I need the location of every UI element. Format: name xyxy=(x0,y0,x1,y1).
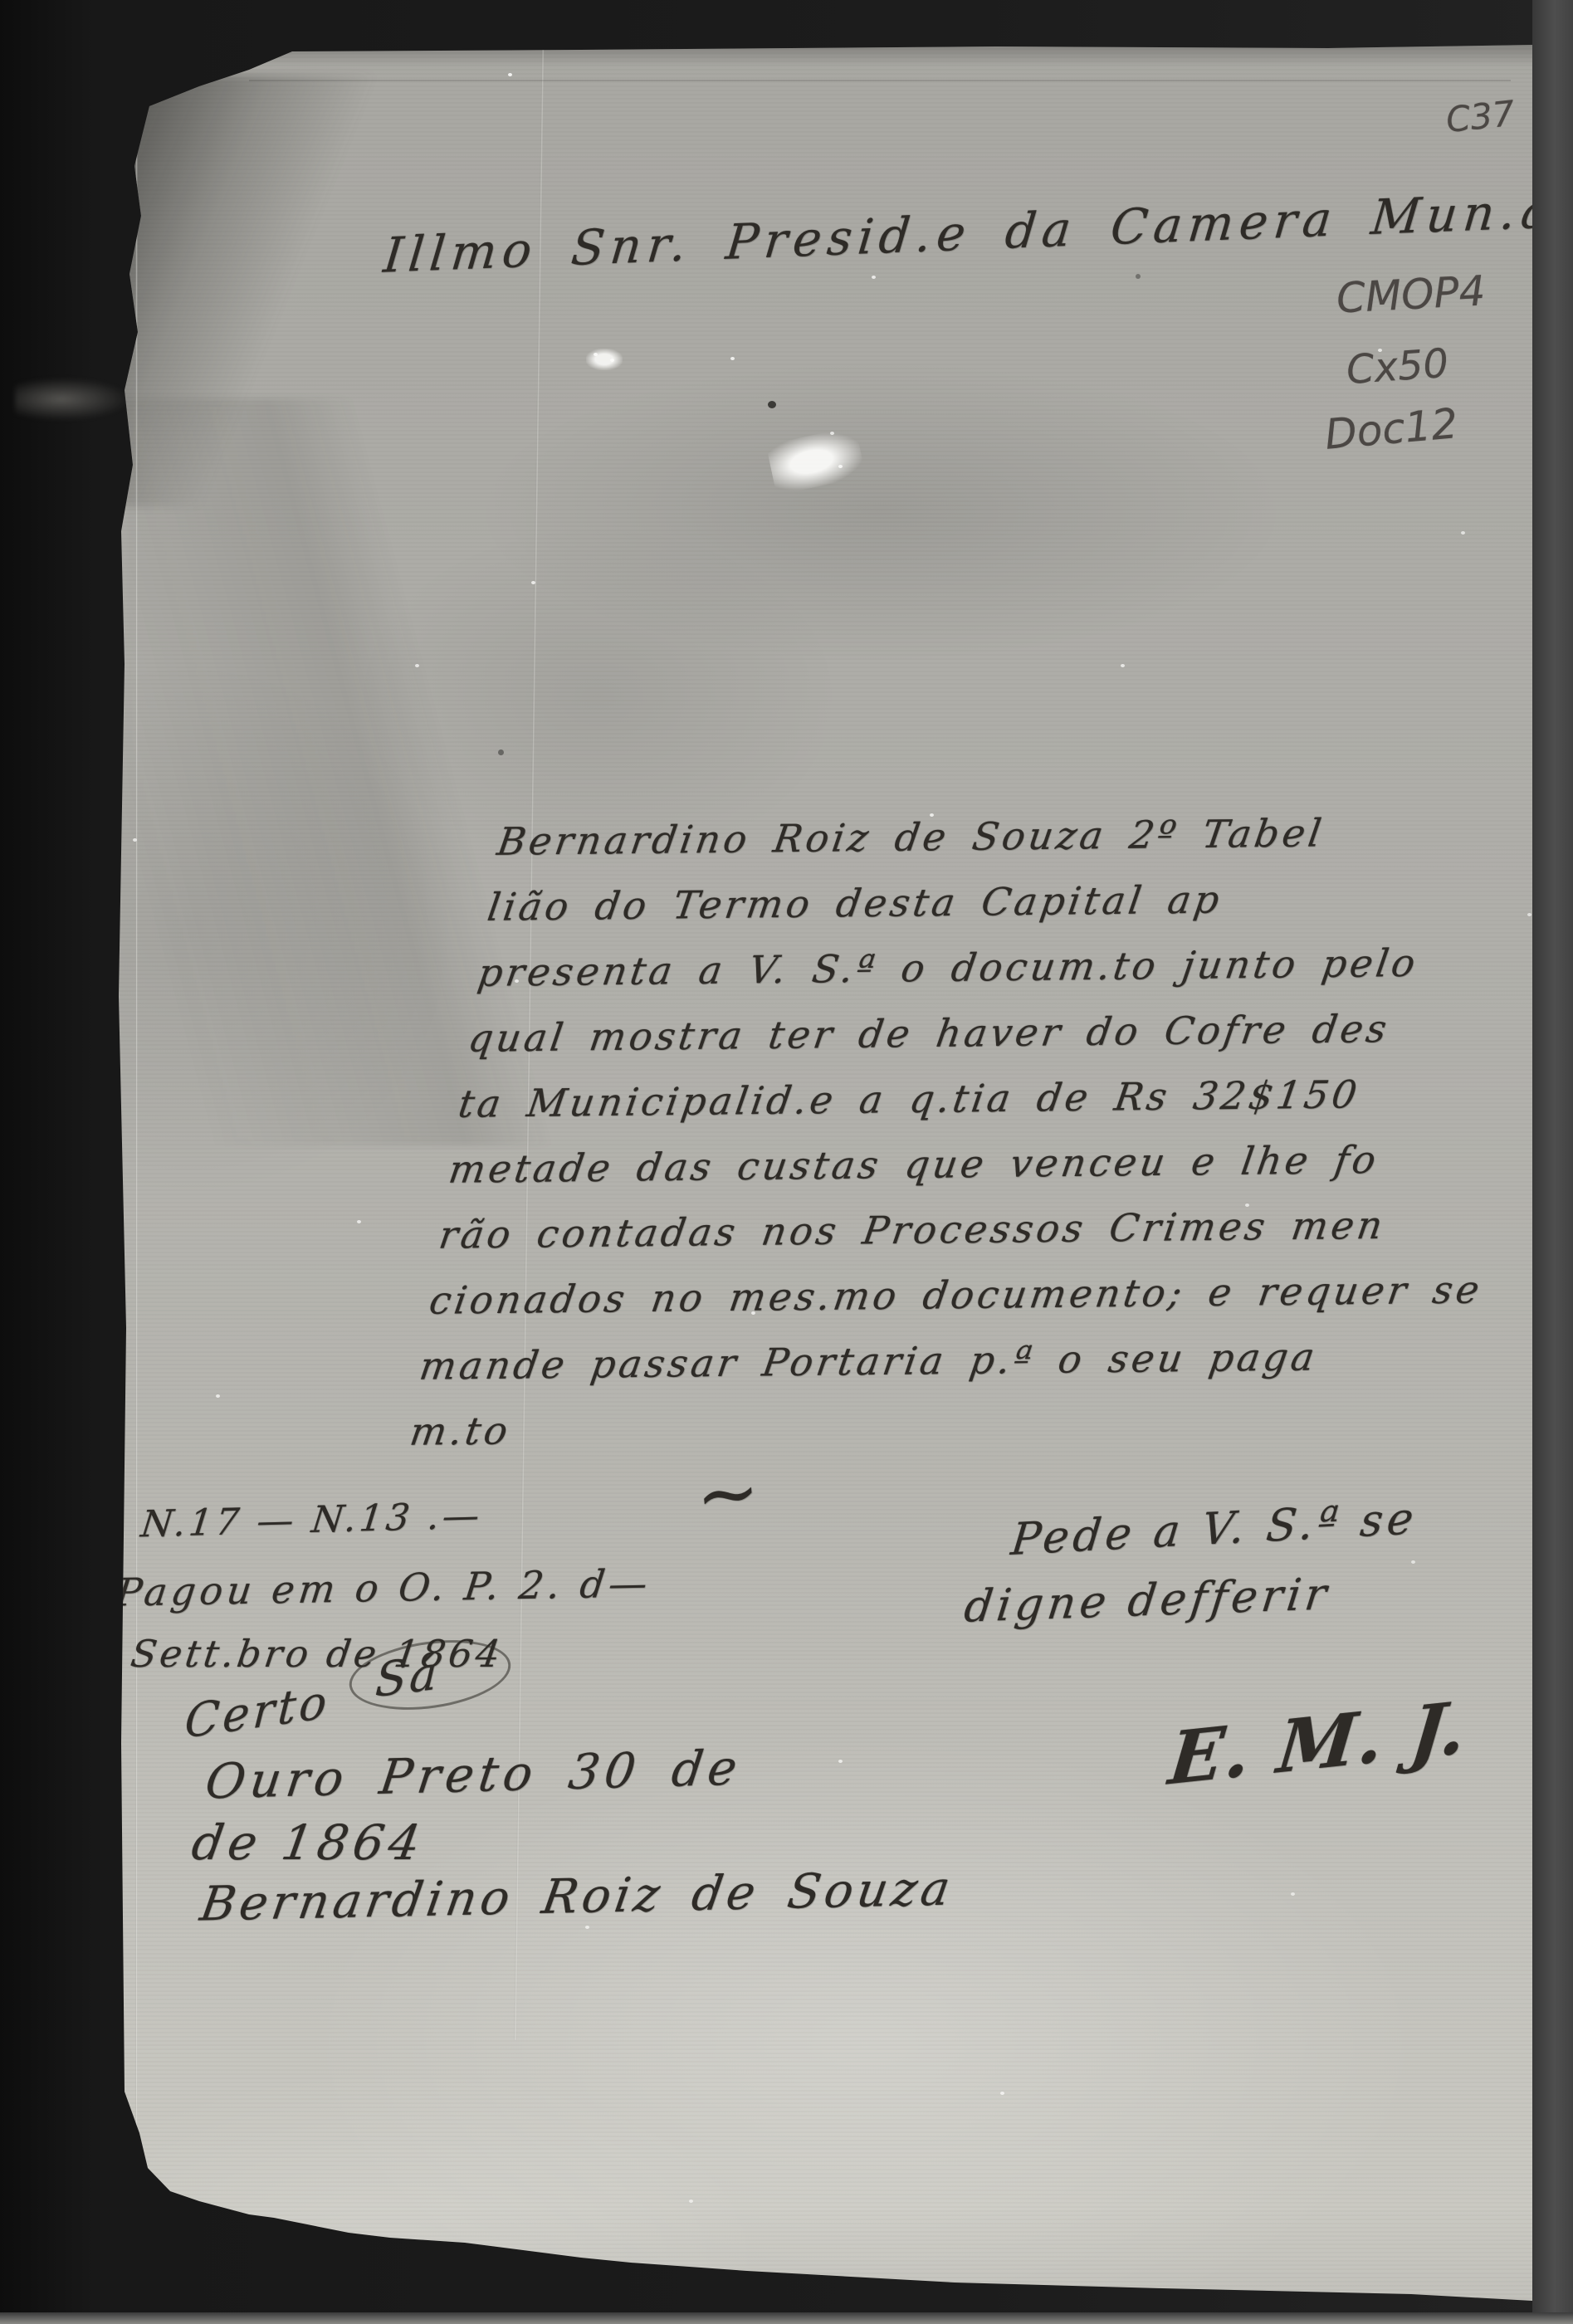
border-scratch xyxy=(15,378,131,421)
body-line: rão contadas nos Processos Crimes men xyxy=(435,1191,1526,1268)
ink-speck xyxy=(1136,274,1141,279)
body-line: presenta a V. S.ª o docum.to junto pelo xyxy=(473,929,1564,1006)
initials-rubric: E. M. J. xyxy=(1165,1685,1472,1801)
document-scan: C37 CMOP4 Cx50 Doc12 Illmo Snr. Presid.e… xyxy=(0,0,1573,2324)
ink-speck xyxy=(768,401,776,408)
paper-flecks xyxy=(508,73,512,76)
archival-box-code: Cx50 xyxy=(1345,340,1450,393)
body-line: lião do Termo desta Capital ap xyxy=(483,863,1573,940)
body-line: metade das custas que venceu e lhe fo xyxy=(444,1125,1535,1203)
white-blotch-small xyxy=(586,349,623,370)
body-line: m.to xyxy=(406,1388,1497,1465)
body-line: Bernardino Roiz de Souza 2º Tabel xyxy=(493,798,1573,875)
margin-note-numbers: N.17 — N.13 .— xyxy=(139,1495,485,1546)
white-blotch-large xyxy=(766,426,866,496)
archival-doc-code: Doc12 xyxy=(1323,399,1460,459)
paper-top-shadow xyxy=(116,33,1536,75)
body-line: mande passar Portaria p.ª o seu paga xyxy=(415,1322,1506,1399)
petition-body: Bernardino Roiz de Souza 2º Tabel lião d… xyxy=(406,798,1573,1465)
dateline-year: de 1864 xyxy=(188,1814,429,1871)
header-salutation: Illmo Snr. Presid.e da Camera Mun.al xyxy=(381,181,1573,284)
ink-speck xyxy=(498,749,504,755)
body-line: qual mostra ter de haver do Cofre des xyxy=(464,994,1555,1072)
paper-sheet: C37 CMOP4 Cx50 Doc12 Illmo Snr. Presid.e… xyxy=(0,0,1573,2324)
body-line: cionados no mes.mo documento; e requer s… xyxy=(425,1257,1516,1334)
clerk-rubric: Sá xyxy=(374,1646,442,1708)
film-edge-right xyxy=(1532,0,1573,2324)
signature: Bernardino Roiz de Souza xyxy=(197,1861,958,1931)
archival-corner-code: C37 xyxy=(1444,93,1517,140)
archival-fund-code: CMOP4 xyxy=(1336,266,1487,322)
fold-crease-left xyxy=(135,58,138,2249)
scanner-edge-bottom xyxy=(0,2312,1573,2324)
petition-close-line2: digne defferir xyxy=(961,1569,1333,1633)
dateline-place: Ouro Preto 30 de xyxy=(203,1739,745,1809)
body-line: ta Municipalid.e a q.tia de Rs 32$150 xyxy=(454,1060,1545,1137)
flourish-mark: ~ xyxy=(691,1446,765,1540)
margin-note-payment: Pagou em o O. P. 2. d— xyxy=(114,1560,654,1614)
top-hairline xyxy=(249,80,1511,81)
petition-close-line1: Pede a V. S.ª se xyxy=(1009,1493,1420,1565)
check-mark-word: Certo xyxy=(183,1674,332,1749)
